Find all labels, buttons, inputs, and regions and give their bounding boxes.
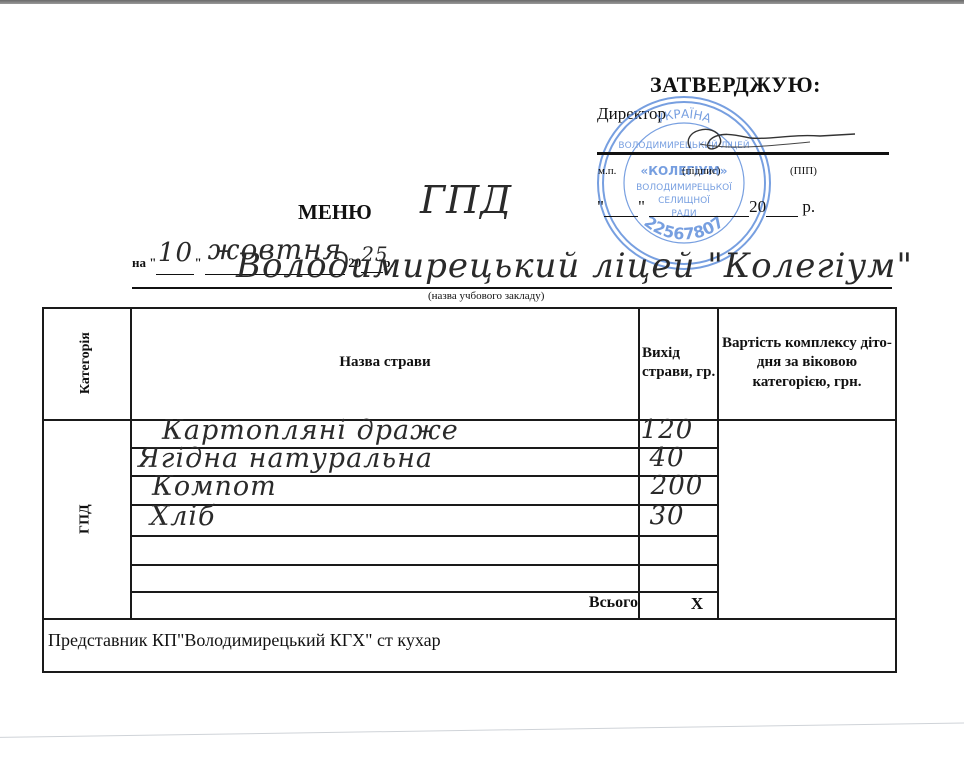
category-value: ГПД xyxy=(77,505,95,534)
dish-name: Хліб xyxy=(150,501,216,532)
header-portion: Вихід страви, гр. xyxy=(642,307,717,419)
menu-day-value: 10 xyxy=(158,238,193,268)
school-name-line xyxy=(132,287,892,289)
signature-line xyxy=(597,152,889,155)
day-close: " xyxy=(194,255,201,270)
dish-name: Картопляні драже xyxy=(162,415,459,446)
svg-text:ВОЛОДИМИРЕЦЬКОЇ: ВОЛОДИМИРЕЦЬКОЇ xyxy=(636,182,732,193)
dish-portion: 120 xyxy=(612,415,722,445)
category-cell: ГПД xyxy=(42,421,130,618)
dish-portion: 200 xyxy=(622,471,732,501)
quote-open: " xyxy=(597,197,604,216)
signature-caption: (підпис) xyxy=(682,165,721,177)
paper-bottom-edge xyxy=(0,722,964,738)
menu-type-handwritten: ГПД xyxy=(420,178,512,222)
stamp-place-label: м.п. xyxy=(598,165,616,177)
header-dish-name: Назва страви xyxy=(132,307,638,419)
dish-portion: 30 xyxy=(612,501,722,531)
dish-portion: 40 xyxy=(612,443,722,473)
date-prefix: на " xyxy=(132,255,156,270)
header-category: Категорія xyxy=(42,307,130,419)
approval-date-line: "" 20 р. xyxy=(597,197,815,217)
menu-table: Категорія Назва страви Вихід страви, гр.… xyxy=(42,307,897,673)
year-prefix: 20 xyxy=(749,197,766,216)
year-suffix: р. xyxy=(802,197,815,216)
approval-year-blank[interactable] xyxy=(766,200,798,217)
scan-top-edge xyxy=(0,0,964,4)
dish-name: Компот xyxy=(152,471,277,502)
menu-day-field[interactable]: 10 xyxy=(156,244,194,275)
dish-name: Ягідна натуральна xyxy=(138,443,433,474)
quote-close: " xyxy=(638,197,645,216)
approval-day-blank[interactable] xyxy=(604,200,638,217)
menu-title: МЕНЮ xyxy=(298,200,372,225)
representative-line: Представник КП"Володимирецький КГХ" ст к… xyxy=(48,630,441,651)
school-name-handwritten: Володимирецький ліцей "Колегіум" xyxy=(236,246,913,286)
total-label: Всього xyxy=(542,594,638,612)
school-name-caption: (назва учбового закладу) xyxy=(428,290,544,302)
header-cost: Вартість комплексу діто-дня за віковою к… xyxy=(719,307,895,419)
header-category-text: Категорія xyxy=(77,332,95,394)
approval-month-blank[interactable] xyxy=(649,200,749,217)
total-value: Х xyxy=(642,594,752,614)
name-caption: (ПІП) xyxy=(790,165,817,177)
